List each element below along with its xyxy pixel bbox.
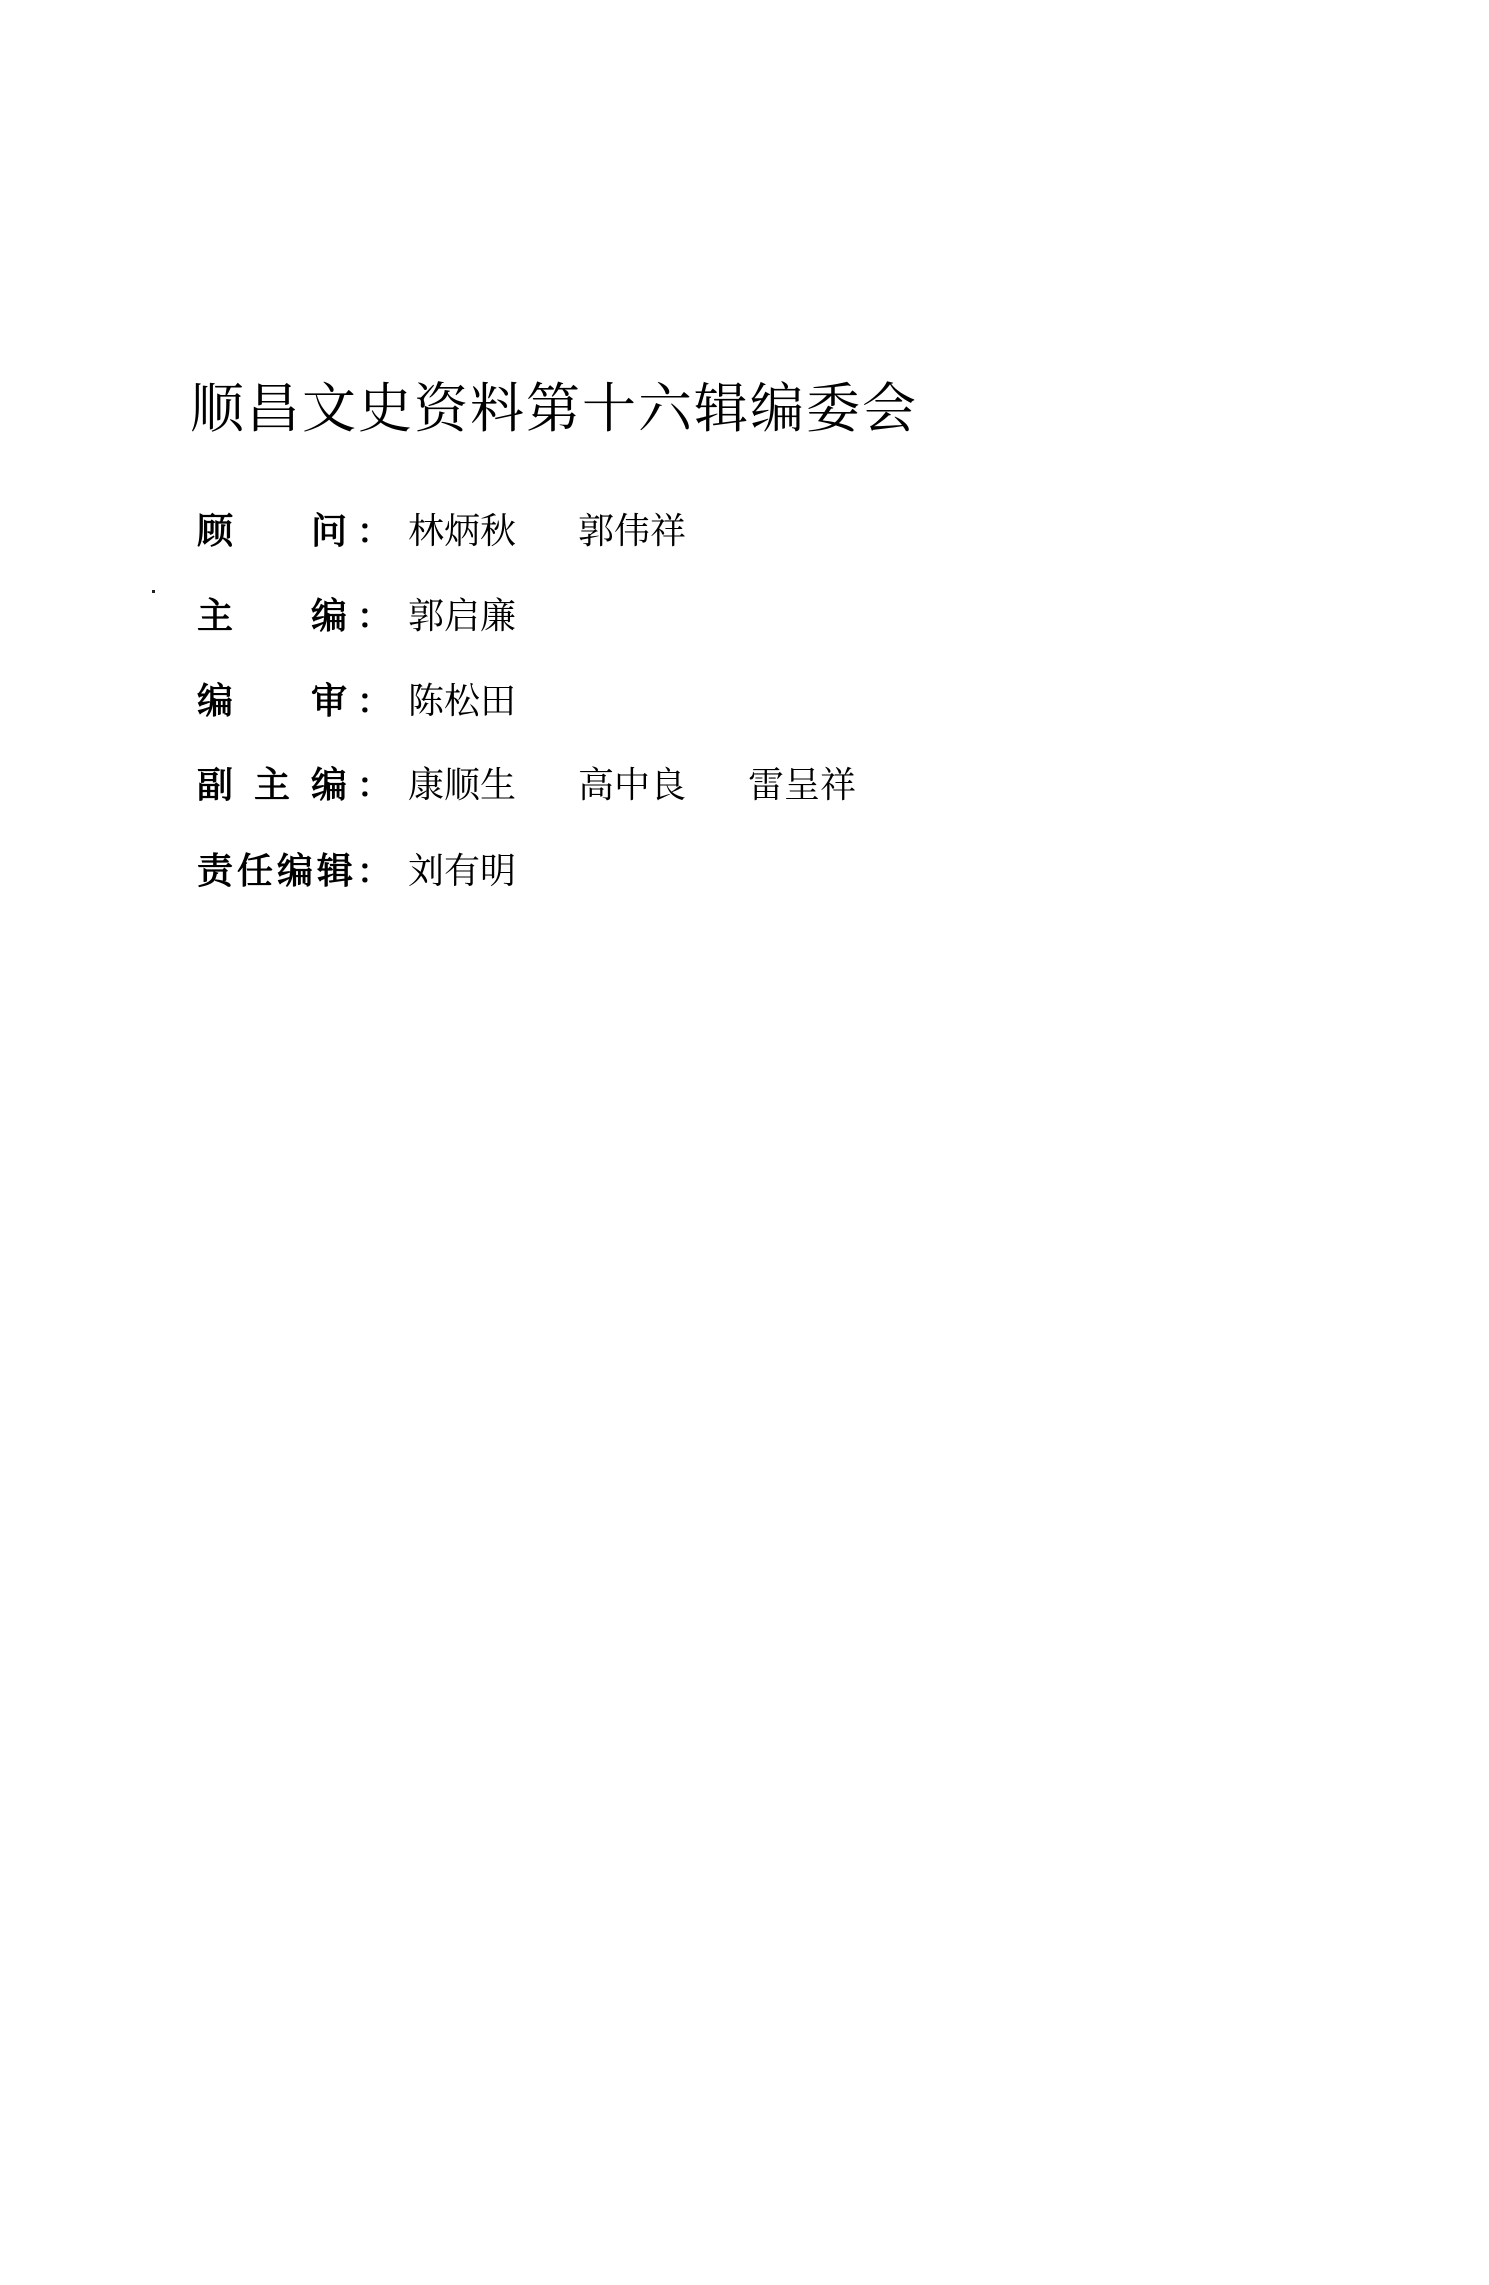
committee-title: 顺昌文史资料第十六辑编委会 <box>190 378 918 440</box>
colon: ： <box>357 680 391 724</box>
row-label: 主 编 <box>197 595 347 639</box>
row-label: 顾 问 <box>197 510 347 554</box>
member-name: 郭伟祥 <box>578 510 686 554</box>
row-label: 责 任 编 辑 <box>197 850 353 894</box>
colon: ： <box>357 510 391 554</box>
member-name: 康顺生 <box>408 764 516 808</box>
member-name: 陈松田 <box>408 680 516 724</box>
member-name: 郭启廉 <box>408 595 516 639</box>
colon: ： <box>357 764 391 808</box>
member-name: 高中良 <box>578 764 686 808</box>
member-name: 刘有明 <box>408 850 516 894</box>
member-name: 林炳秋 <box>408 510 516 554</box>
colon: ： <box>357 595 391 639</box>
row-label: 编 审 <box>197 680 347 724</box>
colon: ： <box>357 850 391 894</box>
scan-speck <box>152 590 155 593</box>
row-label: 副 主 编 <box>197 764 347 808</box>
member-name: 雷呈祥 <box>748 764 856 808</box>
